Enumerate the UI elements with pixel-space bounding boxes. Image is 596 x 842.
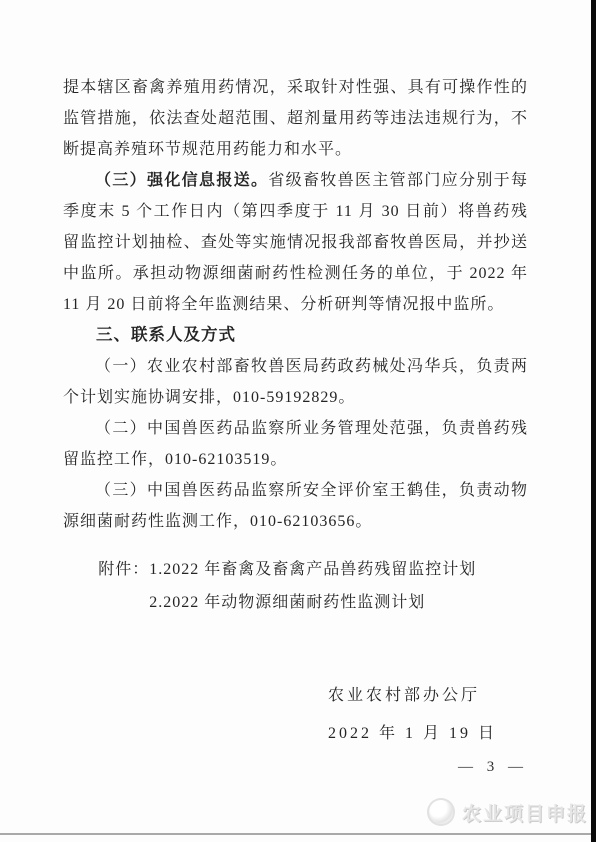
contact-item-1: （一）农业农村部畜牧兽医局药政药械处冯华兵，负责两个计划实施协调安排，010-5… xyxy=(63,351,528,413)
paragraph-text: 提本辖区畜禽养殖用药情况，采取针对性强、具有可操作性的监管措施，依法查处超范围、… xyxy=(63,79,528,158)
contact-item-3: （三）中国兽医药品监察所安全评价室王鹤佳，负责动物源细菌耐药性监测工作，010-… xyxy=(63,475,528,537)
attachments-list: 1.2022 年畜禽及畜禽产品兽药残留监控计划 2.2022 年动物源细菌耐药性… xyxy=(149,553,476,619)
attachment-item-1: 1.2022 年畜禽及畜禽产品兽药残留监控计划 xyxy=(149,553,476,586)
paragraph-info-reporting: （三）强化信息报送。省级畜牧兽医主管部门应分别于每季度末 5 个工作日内（第四季… xyxy=(63,165,528,320)
paragraph-text: 省级畜牧兽医主管部门应分别于每季度末 5 个工作日内（第四季度于 11 月 30… xyxy=(63,172,528,313)
paragraph-regulation-continuation: 提本辖区畜禽养殖用药情况，采取针对性强、具有可操作性的监管措施，依法查处超范围、… xyxy=(63,72,528,165)
document-body: 提本辖区畜禽养殖用药情况，采取针对性强、具有可操作性的监管措施，依法查处超范围、… xyxy=(63,72,528,776)
section-heading-contacts: 三、联系人及方式 xyxy=(63,320,528,351)
contact-item-2: （二）中国兽医药品监察所业务管理处范强，负责兽药残留监控工作，010-62103… xyxy=(63,413,528,475)
paragraph-bold-lead: （三）强化信息报送。 xyxy=(95,172,268,189)
watermark-globe-icon xyxy=(427,798,455,826)
document-page: 提本辖区畜禽养殖用药情况，采取针对性强、具有可操作性的监管措施，依法查处超范围、… xyxy=(0,0,596,842)
signer-name: 农业农村部办公厅 xyxy=(328,677,528,715)
page-number: — 3 — xyxy=(63,759,528,776)
watermark-text: 农业项目申报 xyxy=(462,799,588,826)
signature-date: 2022 年 1 月 19 日 xyxy=(328,715,528,753)
bottom-divider-line xyxy=(0,833,596,835)
signature-block: 农业农村部办公厅 2022 年 1 月 19 日 xyxy=(328,677,528,753)
attachment-item-2: 2.2022 年动物源细菌耐药性监测计划 xyxy=(149,586,476,619)
watermark: 农业项目申报 xyxy=(427,798,588,826)
attachments-label: 附件： xyxy=(98,553,149,619)
right-edge-scan-strip xyxy=(591,0,596,842)
attachments-block: 附件： 1.2022 年畜禽及畜禽产品兽药残留监控计划 2.2022 年动物源细… xyxy=(98,553,528,619)
